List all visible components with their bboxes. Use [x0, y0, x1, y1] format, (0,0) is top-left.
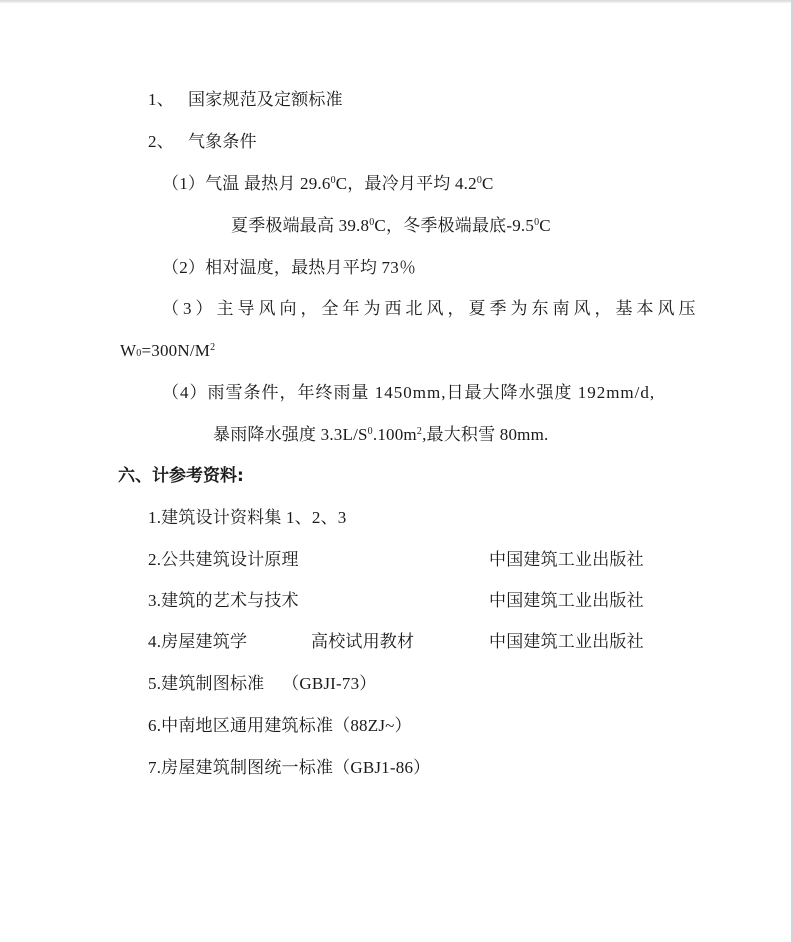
climate-temperature-extreme: 夏季极端最高 39.80C，冬季极端最底-9.50C — [231, 215, 551, 237]
climate-wind: （3）主导风向，全年为西北风，夏季为东南风，基本风压 — [162, 298, 700, 320]
reference-item-6: 6.中南地区通用建筑标准（88ZJ~） — [148, 715, 412, 737]
reference-note: 高校试用教材 — [311, 631, 414, 653]
page-top-edge — [0, 0, 794, 3]
references-heading: 六、计参考资料: — [118, 465, 244, 487]
section-item-number: 1、 — [148, 89, 188, 111]
superscript: 0 — [368, 426, 373, 437]
rain-intensity-text: 暴雨降水强度 3.3L/S — [213, 425, 368, 444]
degree-superscript: 0 — [369, 217, 374, 228]
degree-superscript: 0 — [331, 175, 336, 186]
reference-title: 2.公共建筑设计原理 — [148, 550, 299, 569]
reference-title: 7.房屋建筑制图统一标准（GBJ1-86） — [148, 758, 430, 777]
temperature-text: C，冬季极端最底-9.5 — [374, 216, 534, 235]
temperature-text: C，最冷月平均 4.2 — [336, 174, 477, 193]
reference-publisher: 中国建筑工业出版社 — [489, 590, 644, 612]
reference-publisher: 中国建筑工业出版社 — [489, 549, 644, 571]
climate-humidity: （2）相对温度，最热月平均 73％ — [162, 257, 416, 279]
section-item-1: 1、国家规范及定额标准 — [148, 89, 343, 111]
temperature-text: 夏季极端最高 39.8 — [231, 216, 369, 235]
reference-title: 1.建筑设计资料集 1、2、3 — [148, 508, 347, 527]
rain-intensity-text: .100m — [373, 425, 417, 444]
superscript: 2 — [417, 426, 422, 437]
climate-wind-pressure: W0=300N/M2 — [120, 340, 215, 362]
climate-rain-intensity: 暴雨降水强度 3.3L/S0.100m2,最大积雪 80mm. — [213, 424, 548, 446]
reference-item-5: 5.建筑制图标准 （GBJI-73） — [148, 673, 377, 695]
unit-superscript: 2 — [210, 342, 215, 353]
degree-superscript: 0 — [477, 175, 482, 186]
wind-pressure-symbol: W — [120, 341, 136, 360]
wind-pressure-value: =300N/M — [141, 341, 210, 360]
rain-intensity-text: ,最大积雪 80mm. — [422, 425, 548, 444]
temperature-text: （1）气温 最热月 29.6 — [162, 174, 331, 193]
section-item-2: 2、气象条件 — [148, 131, 257, 153]
temperature-unit: C — [482, 174, 494, 193]
reference-item-3: 3.建筑的艺术与技术 中国建筑工业出版社 — [148, 590, 708, 612]
wind-pressure-subscript: 0 — [136, 348, 141, 359]
reference-title: 4.房屋建筑学 — [148, 632, 247, 651]
reference-item-7: 7.房屋建筑制图统一标准（GBJ1-86） — [148, 757, 430, 779]
section-item-label: 气象条件 — [188, 132, 257, 151]
reference-title: 6.中南地区通用建筑标准（88ZJ~） — [148, 716, 412, 735]
reference-item-1: 1.建筑设计资料集 1、2、3 — [148, 507, 347, 529]
climate-temperature: （1）气温 最热月 29.60C，最冷月平均 4.20C — [162, 173, 494, 195]
reference-publisher: 中国建筑工业出版社 — [489, 631, 644, 653]
reference-item-4: 4.房屋建筑学 高校试用教材 中国建筑工业出版社 — [148, 631, 708, 653]
temperature-unit: C — [539, 216, 551, 235]
reference-item-2: 2.公共建筑设计原理 中国建筑工业出版社 — [148, 549, 708, 571]
section-item-number: 2、 — [148, 131, 188, 153]
reference-title: 3.建筑的艺术与技术 — [148, 591, 299, 610]
climate-rain: （4）雨雪条件，年终雨量 1450mm,日最大降水强度 192mm/d, — [162, 382, 655, 404]
section-item-label: 国家规范及定额标准 — [188, 90, 343, 109]
reference-title: 5.建筑制图标准 （GBJI-73） — [148, 674, 377, 693]
degree-superscript: 0 — [534, 217, 539, 228]
